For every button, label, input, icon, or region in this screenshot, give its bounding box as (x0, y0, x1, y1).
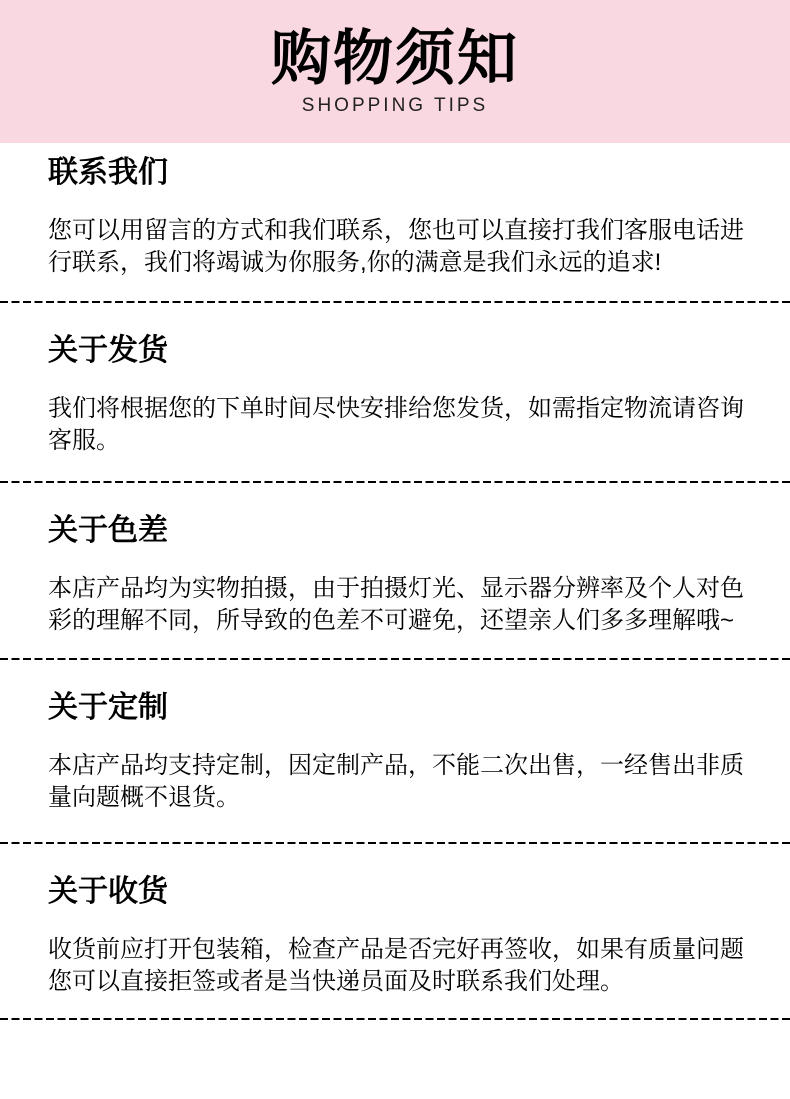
section-shipping: 关于发货 我们将根据您的下单时间尽快安排给您发货，如需指定物流请咨询客服。 (0, 303, 790, 481)
page-subtitle: SHOPPING TIPS (0, 96, 790, 116)
section-color-difference: 关于色差 本店产品均为实物拍摄，由于拍摄灯光、显示器分辨率及个人对色彩的理解不同… (0, 483, 790, 658)
section-body: 我们将根据您的下单时间尽快安排给您发货，如需指定物流请咨询客服。 (48, 393, 748, 457)
section-title: 联系我们 (48, 155, 748, 191)
section-title: 关于收货 (48, 874, 748, 910)
section-body: 您可以用留言的方式和我们联系，您也可以直接打我们客服电话进行联系，我们将竭诚为你… (48, 215, 748, 279)
page-title: 购物须知 (0, 0, 790, 91)
section-customization: 关于定制 本店产品均支持定制，因定制产品，不能二次出售，一经售出非质量向题概不退… (0, 660, 790, 842)
section-body: 收货前应打开包装箱，检查产品是否完好再签收，如果有质量问题您可以直接拒签或者是当… (48, 934, 748, 998)
section-title: 关于定制 (48, 690, 748, 726)
section-body: 本店产品均为实物拍摄，由于拍摄灯光、显示器分辨率及个人对色彩的理解不同，所导致的… (48, 573, 748, 637)
section-title: 关于色差 (48, 513, 748, 549)
shopping-tips-page: 购物须知 SHOPPING TIPS 联系我们 您可以用留言的方式和我们联系，您… (0, 0, 790, 1099)
section-title: 关于发货 (48, 333, 748, 369)
page-header: 购物须知 SHOPPING TIPS (0, 0, 790, 143)
section-receiving: 关于收货 收货前应打开包装箱，检查产品是否完好再签收，如果有质量问题您可以直接拒… (0, 844, 790, 1018)
footer-whitespace (0, 1020, 790, 1099)
section-body: 本店产品均支持定制，因定制产品，不能二次出售，一经售出非质量向题概不退货。 (48, 750, 748, 814)
section-contact-us: 联系我们 您可以用留言的方式和我们联系，您也可以直接打我们客服电话进行联系，我们… (0, 143, 790, 301)
